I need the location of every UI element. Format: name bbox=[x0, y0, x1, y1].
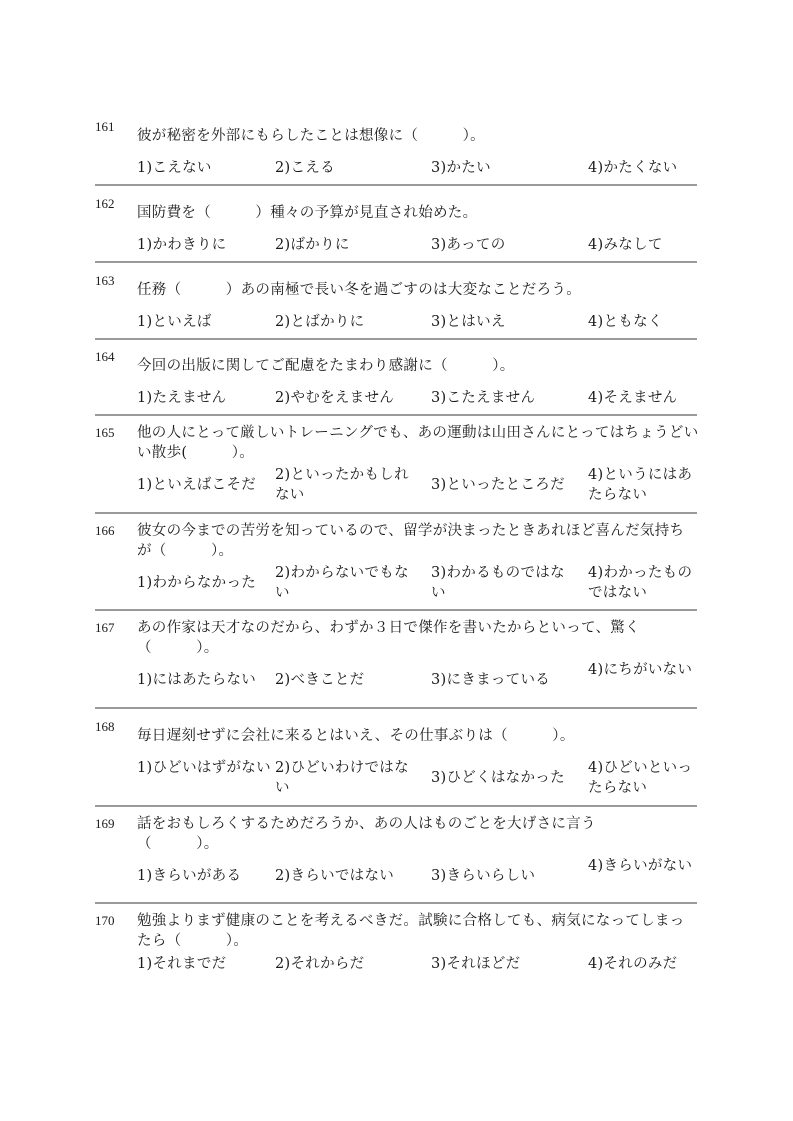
option-3[interactable]: 3)きらいらしい bbox=[431, 866, 583, 886]
option-3[interactable]: 3)こたえません bbox=[431, 388, 583, 408]
option-3[interactable]: 3)といったところだ bbox=[431, 475, 583, 495]
option-4[interactable]: 4)ともなく bbox=[588, 312, 703, 332]
option-3[interactable]: 3)にきまっている bbox=[431, 670, 583, 690]
option-2[interactable]: 2)こえる bbox=[275, 158, 427, 178]
option-1[interactable]: 1)といえば bbox=[137, 312, 273, 332]
option-1[interactable]: 1)たえません bbox=[137, 388, 273, 408]
option-2[interactable]: 2)べきことだ bbox=[275, 670, 427, 690]
question-number: 167 bbox=[95, 619, 115, 637]
option-2[interactable]: 2)ひどいわけではない bbox=[275, 758, 420, 798]
question-number: 166 bbox=[95, 522, 115, 540]
answer-options: 1)わからなかった 2)わからないでもない 3)わかるものではない 4)わかった… bbox=[137, 563, 699, 603]
question-stem: 彼女の今までの苦労を知っているので、留学が決まったときあれほど喜んだ気持ちが（ … bbox=[137, 521, 699, 561]
divider bbox=[95, 338, 697, 340]
divider bbox=[95, 609, 697, 611]
option-3[interactable]: 3)わかるものではない bbox=[431, 563, 576, 603]
option-1[interactable]: 1)といえばこそだ bbox=[137, 475, 273, 495]
option-1[interactable]: 1)かわきりに bbox=[137, 235, 273, 255]
question-number: 164 bbox=[95, 348, 115, 366]
option-1[interactable]: 1)ひどいはずがない bbox=[137, 758, 273, 778]
option-4[interactable]: 4)みなして bbox=[588, 235, 703, 255]
option-3[interactable]: 3)かたい bbox=[431, 158, 583, 178]
option-2[interactable]: 2)やむをえません bbox=[275, 388, 427, 408]
divider bbox=[95, 707, 697, 709]
divider bbox=[95, 902, 697, 904]
answer-options: 1)ひどいはずがない 2)ひどいわけではない 3)ひどくはなかった 4)ひどいと… bbox=[137, 758, 699, 798]
option-2[interactable]: 2)といったかもしれない bbox=[275, 465, 420, 505]
question-number: 169 bbox=[95, 815, 115, 833]
question-stem: 任務（ ）あの南極で長い冬を過ごすのは大変なことだろう。 bbox=[137, 280, 699, 300]
divider bbox=[95, 184, 697, 186]
question-number: 161 bbox=[95, 118, 115, 136]
answer-options: 1)にはあたらない 2)べきことだ 3)にきまっている 4)にちがいない bbox=[137, 660, 699, 700]
answer-options: 1)たえません 2)やむをえません 3)こたえません 4)そえません bbox=[137, 388, 699, 428]
exam-page: 161 彼が秘密を外部にもらしたことは想像に（ ）。 1)こえない 2)こえる … bbox=[0, 0, 793, 1121]
answer-options: 1)かわきりに 2)ばかりに 3)あっての 4)みなして bbox=[137, 235, 699, 275]
option-3[interactable]: 3)それほどだ bbox=[431, 954, 583, 974]
answer-options: 1)きらいがある 2)きらいではない 3)きらいらしい 4)きらいがない bbox=[137, 856, 699, 896]
question-number: 170 bbox=[95, 912, 115, 930]
option-3[interactable]: 3)ひどくはなかった bbox=[431, 768, 583, 788]
question-number: 165 bbox=[95, 424, 115, 442]
option-2[interactable]: 2)とばかりに bbox=[275, 312, 427, 332]
question-stem: 彼が秘密を外部にもらしたことは想像に（ ）。 bbox=[137, 126, 699, 146]
option-1[interactable]: 1)それまでだ bbox=[137, 954, 273, 974]
question-stem: あの作家は天才なのだから、わずか３日で傑作を書いたからといって、驚く（ ）。 bbox=[137, 618, 699, 658]
question-number: 163 bbox=[95, 272, 115, 290]
option-4[interactable]: 4)そえません bbox=[588, 388, 703, 408]
option-1[interactable]: 1)にはあたらない bbox=[137, 670, 273, 690]
question-stem: 毎日遅刻せずに会社に来るとはいえ、その仕事ぶりは（ ）。 bbox=[137, 726, 699, 746]
option-2[interactable]: 2)ばかりに bbox=[275, 235, 427, 255]
answer-options: 1)といえば 2)とばかりに 3)とはいえ 4)ともなく bbox=[137, 312, 699, 352]
answer-options: 1)といえばこそだ 2)といったかもしれない 3)といったところだ 4)というに… bbox=[137, 465, 699, 505]
question-stem: 国防費を（ ）種々の予算が見直され始めた。 bbox=[137, 203, 699, 223]
divider bbox=[95, 261, 697, 263]
option-4[interactable]: 4)それのみだ bbox=[588, 954, 703, 974]
question-stem: 今回の出版に関してご配慮をたまわり感謝に（ ）。 bbox=[137, 356, 699, 376]
question-number: 168 bbox=[95, 718, 115, 736]
option-4[interactable]: 4)ひどいといったらない bbox=[588, 758, 693, 798]
divider bbox=[95, 512, 697, 514]
option-4[interactable]: 4)わかったものではない bbox=[588, 563, 693, 603]
divider bbox=[95, 414, 697, 416]
question-stem: 勉強よりまず健康のことを考えるべきだ。試験に合格しても、病気になってしまったら（… bbox=[137, 911, 699, 951]
option-2[interactable]: 2)きらいではない bbox=[275, 866, 427, 886]
option-2[interactable]: 2)それからだ bbox=[275, 954, 427, 974]
option-4[interactable]: 4)かたくない bbox=[588, 158, 703, 178]
question-number: 162 bbox=[95, 195, 115, 213]
option-1[interactable]: 1)きらいがある bbox=[137, 866, 273, 886]
option-2[interactable]: 2)わからないでもない bbox=[275, 563, 420, 603]
question-stem: 話をおもしろくするためだろうか、あの人はものごとを大げさに言う（ ）。 bbox=[137, 814, 637, 854]
option-4[interactable]: 4)というにはあたらない bbox=[588, 465, 693, 505]
option-4[interactable]: 4)にちがいない bbox=[588, 660, 693, 680]
option-3[interactable]: 3)とはいえ bbox=[431, 312, 583, 332]
answer-options: 1)こえない 2)こえる 3)かたい 4)かたくない bbox=[137, 158, 699, 198]
option-1[interactable]: 1)こえない bbox=[137, 158, 273, 178]
answer-options: 1)それまでだ 2)それからだ 3)それほどだ 4)それのみだ bbox=[137, 954, 699, 994]
option-3[interactable]: 3)あっての bbox=[431, 235, 583, 255]
option-1[interactable]: 1)わからなかった bbox=[137, 573, 273, 593]
divider bbox=[95, 805, 697, 807]
option-4[interactable]: 4)きらいがない bbox=[588, 856, 693, 876]
question-stem: 他の人にとって厳しいトレーニングでも、あの運動は山田さんにとってはちょうどいい散… bbox=[137, 423, 699, 463]
